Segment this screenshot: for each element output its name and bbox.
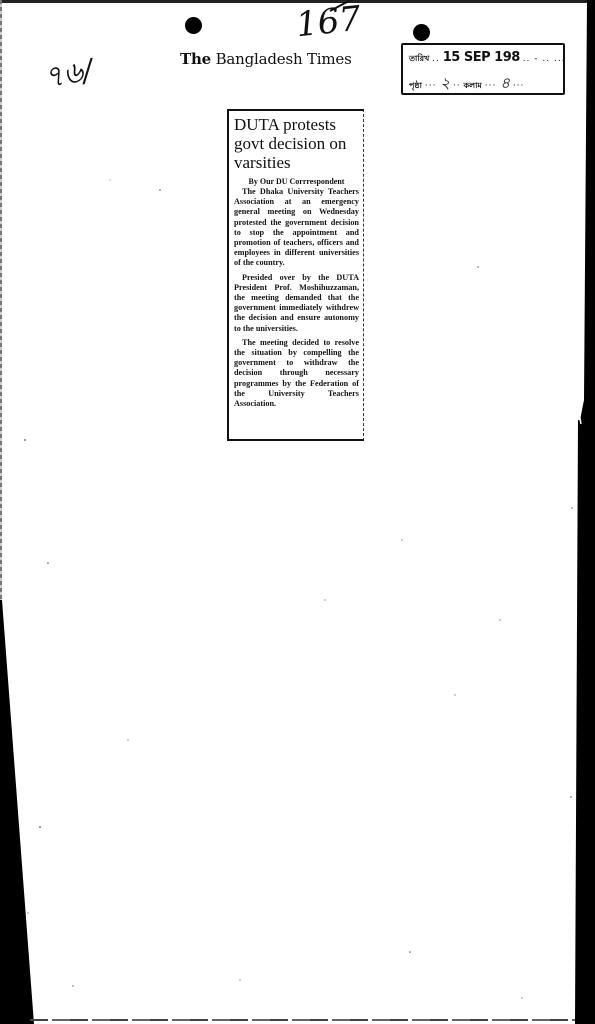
handwritten-margin-mark: ৭৬/ xyxy=(40,46,97,105)
handwritten-file-number: 167 xyxy=(294,0,363,45)
stamp-page-value: ২ xyxy=(440,74,450,92)
masthead-prefix: The xyxy=(180,50,211,68)
archive-stamp: তারিখ .. 15 SEP 198 .. - .. ... পৃষ্ঠা ·… xyxy=(401,43,565,95)
newspaper-masthead: The Bangladesh Times xyxy=(180,50,352,68)
scan-top-border xyxy=(0,0,595,3)
newspaper-clipping: DUTA protests govt decision on varsities… xyxy=(227,109,364,441)
article-paragraph: The Dhaka University Teachers Associatio… xyxy=(234,187,359,269)
stamp-column-value: ৪ xyxy=(500,74,510,92)
scan-bottom-edge xyxy=(30,1019,575,1021)
stamp-date-value: 15 SEP 198 xyxy=(443,50,520,65)
stamp-date-row: তারিখ .. 15 SEP 198 .. - .. ... xyxy=(409,50,566,66)
article-paragraph: Presided over by the DUTA President Prof… xyxy=(234,273,359,334)
scan-left-edge xyxy=(0,0,2,620)
stamp-page-label: পৃষ্ঠা xyxy=(409,81,422,90)
punch-hole xyxy=(185,17,202,34)
stamp-date-label: তারিখ xyxy=(409,54,429,63)
article-headline: DUTA protests govt decision on varsities xyxy=(234,115,359,172)
stamp-column-label: কলাম xyxy=(464,81,482,90)
masthead-name: Bangladesh Times xyxy=(216,50,352,68)
article-byline: By Our DU Corrrespondent xyxy=(234,177,359,187)
article-paragraph: The meeting decided to resolve the situa… xyxy=(234,338,359,409)
stamp-page-row: পৃষ্ঠা ··· ২ ·· কলাম ··· ৪ ··· xyxy=(409,72,524,97)
punch-hole xyxy=(413,24,430,41)
